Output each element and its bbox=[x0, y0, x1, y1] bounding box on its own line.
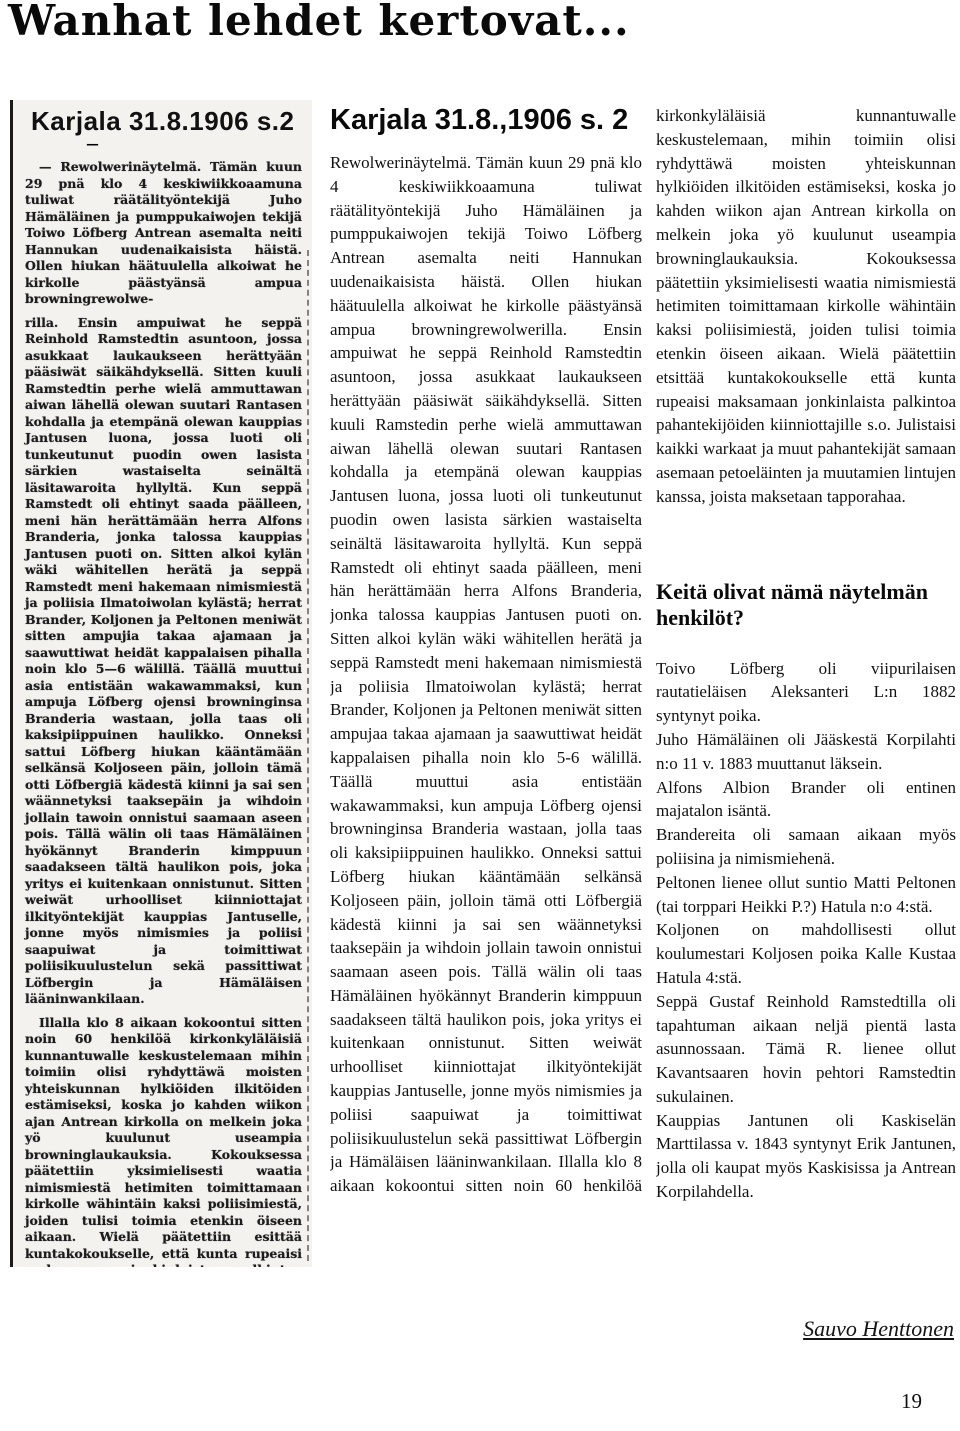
clipping-lead-text: Tämän kuun 29 pnä klo 4 keskiwiikkoaamun… bbox=[25, 159, 302, 306]
person-note: Alfons Albion Brander oli entinen majata… bbox=[656, 776, 956, 824]
person-note: Toivo Löfberg oli viipurilaisen rautatie… bbox=[656, 657, 956, 728]
clipping-dash-mark: – bbox=[87, 137, 302, 149]
newspaper-clipping-scan: Karjala 31.8.1906 s.2 – — Rewolwerinäyte… bbox=[10, 100, 312, 1267]
person-note: Juho Hämäläinen oli Jääskestä Korpilahti… bbox=[656, 728, 956, 776]
clipping-body: — Rewolwerinäytelmä. Tämän kuun 29 pnä k… bbox=[25, 159, 302, 1267]
clipping-paragraph: rilla. Ensin ampuiwat he seppä Reinhold … bbox=[25, 315, 302, 1008]
person-note: Seppä Gustaf Reinhold Ramstedtilla oli t… bbox=[656, 990, 956, 1109]
article-text-column-2: kirkonkyläläisiä kunnantuwalle keskustel… bbox=[656, 104, 956, 509]
clipping-lead-paragraph: — Rewolwerinäytelmä. Tämän kuun 29 pnä k… bbox=[25, 159, 302, 308]
clipping-paragraphs: rilla. Ensin ampuiwat he seppä Reinhold … bbox=[25, 315, 302, 1268]
clipping-paragraph: Illalla klo 8 aikaan kokoontui sitten no… bbox=[25, 1015, 302, 1268]
article-column-1: Karjala 31.8.,1906 s. 2 Rewolwerinäytelm… bbox=[330, 104, 642, 1374]
person-note: Kauppias Jantunen oli Kaskiselän Marttil… bbox=[656, 1109, 956, 1204]
author-signature: Sauvo Henttonen bbox=[656, 1316, 954, 1342]
magazine-page: { "page": { "title": "Wanhat lehdet kert… bbox=[0, 0, 960, 1431]
clipping-headline: — Rewolwerinäytelmä. bbox=[39, 159, 201, 174]
page-number: 19 bbox=[901, 1389, 922, 1414]
article-text-column-1: Rewolwerinäytelmä. Tämän kuun 29 pnä klo… bbox=[330, 151, 642, 1198]
person-note: Peltonen lienee ollut suntio Matti Pelto… bbox=[656, 871, 956, 919]
people-notes: Toivo Löfberg oli viipurilaisen rautatie… bbox=[656, 657, 956, 1204]
person-note: Brandereita oli samaan aikaan myös polii… bbox=[656, 823, 956, 871]
page-title: Wanhat lehdet kertovat... bbox=[8, 0, 630, 45]
article-column-2: kirkonkyläläisiä kunnantuwalle keskustel… bbox=[656, 104, 956, 1304]
person-note: Koljonen on mahdollisesti ollut koulumes… bbox=[656, 918, 956, 989]
clipping-source-header: Karjala 31.8.1906 s.2 bbox=[31, 106, 302, 137]
people-subheading: Keitä olivat nämä näytelmän henkilöt? bbox=[656, 579, 956, 631]
article-source-heading: Karjala 31.8.,1906 s. 2 bbox=[330, 104, 642, 137]
